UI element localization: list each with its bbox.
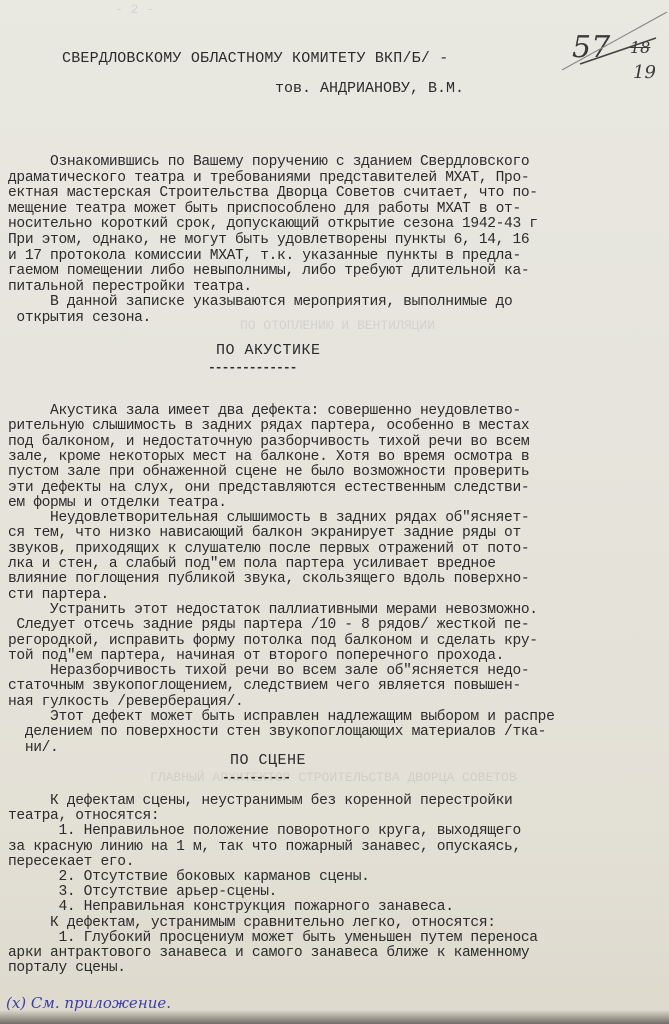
text-line: театра, относятся: bbox=[8, 809, 159, 824]
text-line: К дефектам, устранимым сравнительно легк… bbox=[8, 916, 496, 931]
text-line: Неразборчивость тихой речи во всем зале … bbox=[8, 664, 529, 679]
text-line: Акустика зала имеет два дефекта: соверше… bbox=[8, 404, 521, 419]
section-heading-stage: ПО СЦЕНЕ bbox=[230, 752, 306, 769]
text-line: носительно короткий срок, допускающий от… bbox=[8, 217, 538, 232]
text-line: рительную слышимость в задних рядах парт… bbox=[8, 419, 529, 434]
text-line: пересекает его. bbox=[8, 855, 134, 870]
text-line: Устранить этот недостаток паллиативными … bbox=[8, 603, 538, 618]
text-line: ся тем, что низко нависающий балкон экра… bbox=[8, 526, 521, 541]
text-line: К дефектам сцены, неустранимым без корен… bbox=[8, 794, 512, 809]
text-line: Этот дефект может быть исправлен надлежа… bbox=[8, 710, 555, 725]
text-line: 2. Отсутствие боковых карманов сцены. bbox=[8, 870, 370, 885]
text-line: Следует отсечь задние ряды партера /10 -… bbox=[8, 618, 529, 633]
text-line: статочным звукопоглощением, следствием ч… bbox=[8, 679, 521, 694]
text-line: ная гулкость /реверберация/. bbox=[8, 695, 243, 710]
text-line: делением по поверхности стен звукопоглощ… bbox=[8, 725, 546, 740]
text-line: 1. Глубокий просцениум может быть уменьш… bbox=[8, 931, 538, 946]
text-line: за красную линию на 1 м, так что пожарны… bbox=[8, 840, 521, 855]
text-line: лка и стен, а слабый под"ем пола партера… bbox=[8, 557, 496, 572]
text-line: 4. Неправильная конструкция пожарного за… bbox=[8, 900, 454, 915]
text-line: В данной записке указываются мероприятия… bbox=[8, 295, 512, 310]
text-line: порталу сцены. bbox=[8, 961, 126, 976]
text-line: зале, кроме некоторых мест на балконе. Х… bbox=[8, 450, 529, 465]
text-line: драматического театра и требованиями пре… bbox=[8, 171, 529, 186]
text-line: пустом зале при обнаженной сцене не было… bbox=[8, 465, 529, 480]
text-line: той под"ем партера, начиная от второго п… bbox=[8, 649, 504, 664]
pencil-strike-icon bbox=[560, 8, 669, 78]
addressee-line-1: СВЕРДЛОВСКОМУ ОБЛАСТНОМУ КОМИТЕТУ ВКП/Б/… bbox=[62, 50, 448, 67]
text-line: гаемом помещении либо невыполнимы, либо … bbox=[8, 264, 529, 279]
text-line: влияние поглощения публикой звука, сколь… bbox=[8, 572, 529, 587]
text-line: ем формы и отделки театра. bbox=[8, 496, 227, 511]
text-line: ни/. bbox=[8, 741, 58, 756]
text-line: ектная мастерская Строительства Дворца С… bbox=[8, 186, 538, 201]
text-line: Неудовлетворительная слышимость в задних… bbox=[8, 511, 529, 526]
page-edge-shadow bbox=[0, 1010, 669, 1024]
text-line: арки антрактового занавеса и самого зана… bbox=[8, 946, 529, 961]
text-line: питальной перестройки театра. bbox=[8, 280, 252, 295]
text-line: открытия сезона. bbox=[8, 311, 151, 326]
bleed-through-text: - 2 - bbox=[115, 2, 154, 17]
section-heading-acoustics: ПО АКУСТИКЕ bbox=[216, 342, 321, 359]
text-line: эти дефекты на слух, они представляются … bbox=[8, 481, 529, 496]
text-line: и 17 протокола комиссии МХАТ, т.к. указа… bbox=[8, 249, 521, 264]
bleed-through-text: ПО ОТОПЛЕНИЮ И ВЕНТИЛЯЦИИ bbox=[240, 318, 435, 333]
heading-underline: ------------- bbox=[208, 360, 296, 375]
text-line: 3. Отсутствие арьер-сцены. bbox=[8, 885, 277, 900]
addressee-line-2: тов. АНДРИАНОВУ, В.М. bbox=[275, 80, 464, 97]
text-line: Ознакомившись по Вашему поручению с здан… bbox=[8, 155, 529, 170]
text-line: При этом, однако, не могут быть удовлетв… bbox=[8, 233, 529, 248]
document-page: - 2 - ПО ОТОПЛЕНИЮ И ВЕНТИЛЯЦИИ ГЛАВНЫЙ … bbox=[0, 0, 669, 1024]
text-line: звуков, приходящих к слушателю после пер… bbox=[8, 542, 529, 557]
text-line: регородкой, исправить форму потолка под … bbox=[8, 634, 538, 649]
text-line: 1. Неправильное положение поворотного кр… bbox=[8, 824, 521, 839]
bleed-through-text: ГЛАВНЫЙ АРХИТЕКТОР СТРОИТЕЛЬСТВА ДВОРЦА … bbox=[150, 770, 517, 785]
text-line: под балконом, и недостаточную разборчиво… bbox=[8, 435, 529, 450]
text-line: сти партера. bbox=[8, 588, 109, 603]
text-line: мещение театра может быть приспособлено … bbox=[8, 202, 521, 217]
heading-underline: ---------- bbox=[222, 770, 290, 785]
